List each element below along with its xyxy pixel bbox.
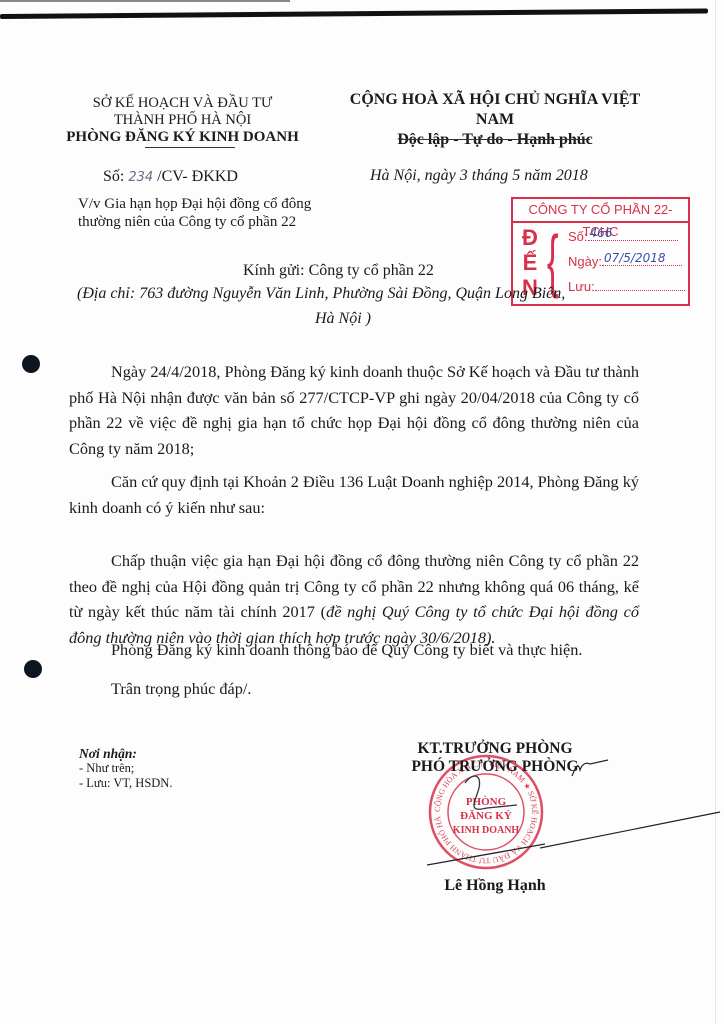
seal-center-3: KINH DOANH xyxy=(453,825,520,836)
seal-center-2: ĐĂNG KÝ xyxy=(460,810,512,822)
distribution-item: - Lưu: VT, HSDN. xyxy=(79,776,172,791)
stamp-so-value: 466 xyxy=(590,226,613,240)
body-paragraph-3: Chấp thuận việc gia hạn Đại hội đồng cổ … xyxy=(69,548,639,650)
stamp-letter: Ế xyxy=(521,250,539,275)
paragraph-text: Căn cứ quy định tại Khoản 2 Điều 136 Luậ… xyxy=(69,469,639,520)
body-paragraph-1: Ngày 24/4/2018, Phòng Đăng ký kinh doanh… xyxy=(69,359,639,461)
paragraph-text: Ngày 24/4/2018, Phòng Đăng ký kinh doanh… xyxy=(69,359,639,461)
body-paragraph-5: Trân trọng phúc đáp/. xyxy=(69,676,639,702)
distribution-title: Nơi nhận: xyxy=(79,746,172,761)
paragraph-text: Phòng Đăng ký kinh doanh thông báo để Qu… xyxy=(69,637,639,663)
recipient-address-2: Hà Nội ) xyxy=(315,310,371,328)
signature-line-icon xyxy=(540,810,724,850)
body-paragraph-2: Căn cứ quy định tại Khoản 2 Điều 136 Luậ… xyxy=(69,469,639,520)
body-paragraph-4: Phòng Đăng ký kinh doanh thông báo để Qu… xyxy=(69,637,639,663)
stamp-ngay-row: Ngày:07/5/2018 xyxy=(568,253,682,269)
stamp-luu-label: Lưu: xyxy=(568,279,595,294)
agency-line-1: SỞ KẾ HOẠCH VÀ ĐẦU TƯ xyxy=(40,95,325,112)
subject-line-2: thường niên của Công ty cổ phần 22 xyxy=(78,213,311,231)
signature-title-2: PHÓ TRƯỞNG PHÒNG xyxy=(395,758,595,776)
date-line: Hà Nội, ngày 3 tháng 5 năm 2018 xyxy=(370,167,588,185)
handwritten-number: 234 xyxy=(128,170,153,185)
signer-name: Lê Hồng Hạnh xyxy=(395,877,595,895)
scan-right-edge xyxy=(715,0,716,1024)
stamp-letter: Đ xyxy=(521,225,539,250)
signature-title-1: KT.TRƯỞNG PHÒNG xyxy=(395,740,595,758)
document-number: Số: 234 /CV- ĐKKD xyxy=(103,168,238,186)
national-motto: Độc lập - Tự do - Hạnh phúc xyxy=(330,130,660,150)
motto-underline xyxy=(400,139,590,140)
paragraph-text: Chấp thuận việc gia hạn Đại hội đồng cổ … xyxy=(69,548,639,650)
issuing-agency-header: SỞ KẾ HOẠCH VÀ ĐẦU TƯ THÀNH PHỐ HÀ NỘI P… xyxy=(40,95,325,146)
distribution-item: - Như trên; xyxy=(79,761,172,776)
stamp-ngay-label: Ngày: xyxy=(568,254,602,269)
scan-edge-line xyxy=(0,0,290,2)
recipient-address-1: (Địa chỉ: 763 đường Nguyễn Văn Linh, Phư… xyxy=(77,285,565,303)
national-header: CỘNG HOÀ XÃ HỘI CHỦ NGHĨA VIỆT NAM Độc l… xyxy=(330,90,660,150)
recipient-line: Kính gửi: Công ty cổ phần 22 xyxy=(243,262,434,280)
stamp-so-row: Số:466 xyxy=(568,228,678,244)
number-suffix: /CV- ĐKKD xyxy=(157,168,238,185)
punch-hole-icon xyxy=(22,355,40,373)
subject: V/v Gia hạn họp Đại hội đồng cổ đông thư… xyxy=(78,195,311,231)
distribution-list: Nơi nhận: - Như trên; - Lưu: VT, HSDN. xyxy=(79,746,172,791)
scan-top-bar xyxy=(0,8,708,19)
stamp-ngay-value: 07/5/2018 xyxy=(604,251,666,265)
stamp-so-label: Số: xyxy=(568,229,588,244)
agency-line-3: PHÒNG ĐĂNG KÝ KINH DOANH xyxy=(40,129,325,146)
paragraph-text: Trân trọng phúc đáp/. xyxy=(69,676,639,702)
number-label: Số: xyxy=(103,168,124,185)
agency-line-2: THÀNH PHỐ HÀ NỘI xyxy=(40,112,325,129)
punch-hole-icon xyxy=(24,660,42,678)
agency-underline xyxy=(145,147,235,148)
stamp-title: CÔNG TY CỔ PHẦN 22-TCHC xyxy=(513,199,688,223)
subject-line-1: V/v Gia hạn họp Đại hội đồng cổ đông xyxy=(78,195,311,213)
stamp-luu-row: Lưu: xyxy=(568,278,685,294)
national-title: CỘNG HOÀ XÃ HỘI CHỦ NGHĨA VIỆT NAM xyxy=(330,90,660,130)
signature-block: KT.TRƯỞNG PHÒNG PHÓ TRƯỞNG PHÒNG xyxy=(395,740,595,776)
